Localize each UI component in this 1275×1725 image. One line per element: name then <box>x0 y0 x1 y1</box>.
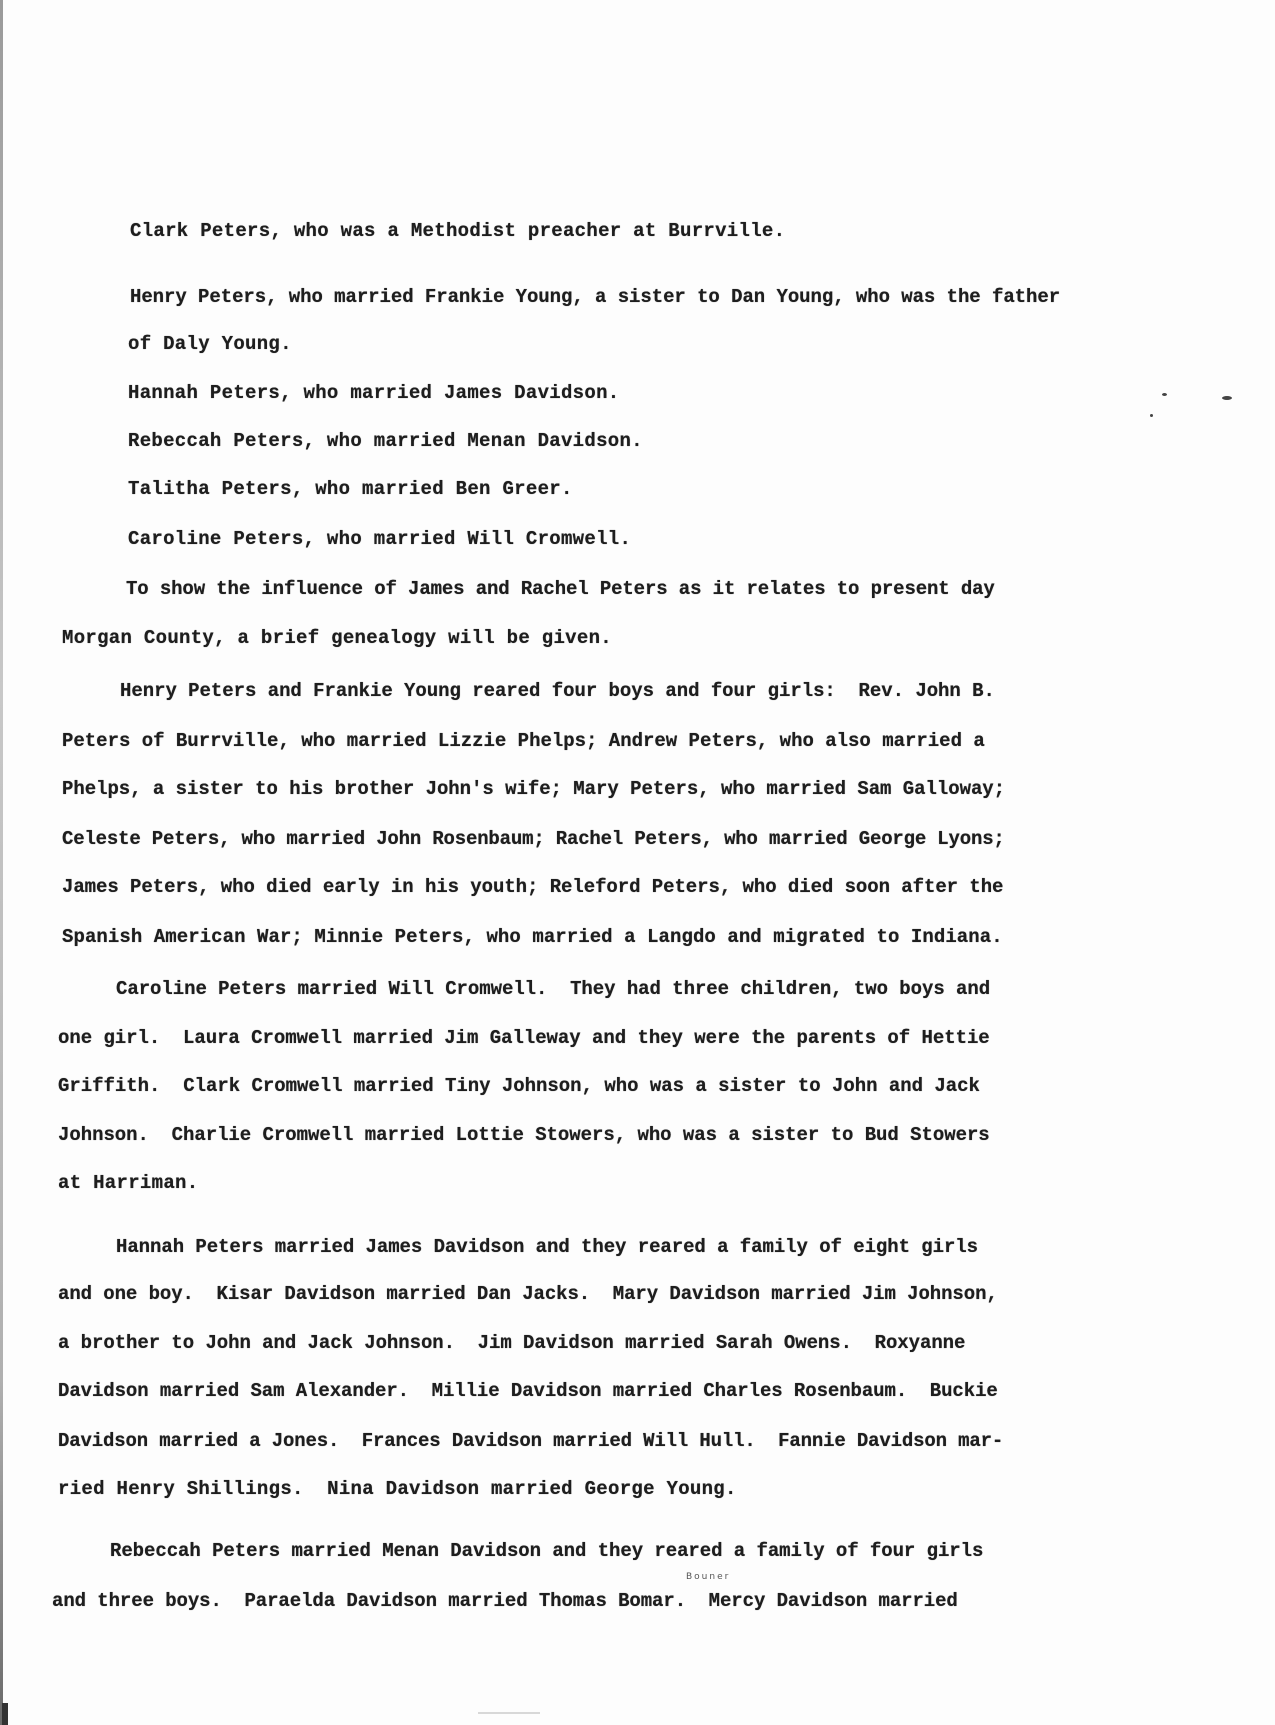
paragraph-rebeccah-davidson-cont: and three boys. Paraelda Davidson marrie… <box>52 1590 958 1612</box>
paragraph-caroline-cromwell-cont: at Harriman. <box>58 1172 198 1194</box>
paragraph-hannah-davidson-cont: Davidson married a Jones. Frances Davids… <box>58 1430 1003 1452</box>
paragraph-influence-cont: Morgan County, a brief genealogy will be… <box>62 627 612 649</box>
scan-speck <box>1222 396 1232 400</box>
list-item-hannah-peters: Hannah Peters, who married James Davidso… <box>128 382 619 404</box>
list-item-talitha-peters: Talitha Peters, who married Ben Greer. <box>128 478 573 500</box>
paragraph-rebeccah-davidson: Rebeccah Peters married Menan Davidson a… <box>110 1540 983 1562</box>
scan-edge-corner <box>2 1703 8 1725</box>
scan-speck <box>1162 393 1167 396</box>
list-item-caroline-peters: Caroline Peters, who married Will Cromwe… <box>128 528 631 550</box>
list-item-henry-peters-cont: of Daly Young. <box>128 333 292 355</box>
paragraph-hannah-davidson-cont: and one boy. Kisar Davidson married Dan … <box>58 1283 998 1305</box>
paragraph-hannah-davidson-cont: ried Henry Shillings. Nina Davidson marr… <box>58 1478 737 1500</box>
list-item-rebeccah-peters: Rebeccah Peters, who married Menan David… <box>128 430 643 452</box>
paragraph-caroline-cromwell: Caroline Peters married Will Cromwell. T… <box>116 978 990 1000</box>
document-page: Clark Peters, who was a Methodist preach… <box>0 0 1275 1725</box>
list-item-henry-peters: Henry Peters, who married Frankie Young,… <box>130 286 1060 308</box>
paragraph-hannah-davidson-cont: Davidson married Sam Alexander. Millie D… <box>58 1380 998 1402</box>
paragraph-caroline-cromwell-cont: Griffith. Clark Cromwell married Tiny Jo… <box>58 1075 980 1097</box>
paragraph-henry-frankie-cont: Celeste Peters, who married John Rosenba… <box>62 828 1005 850</box>
paragraph-hannah-davidson: Hannah Peters married James Davidson and… <box>116 1236 978 1258</box>
paragraph-caroline-cromwell-cont: Johnson. Charlie Cromwell married Lottie… <box>58 1124 990 1146</box>
paragraph-henry-frankie-cont: Phelps, a sister to his brother John's w… <box>62 778 1005 800</box>
paragraph-influence: To show the influence of James and Rache… <box>126 578 995 600</box>
paragraph-henry-frankie-cont: James Peters, who died early in his yout… <box>62 876 1003 898</box>
paragraph-henry-frankie: Henry Peters and Frankie Young reared fo… <box>120 680 995 702</box>
handwritten-annotation: Bouner <box>686 1572 730 1582</box>
scan-smudge <box>478 1712 540 1714</box>
paragraph-henry-frankie-cont: Spanish American War; Minnie Peters, who… <box>62 926 1003 948</box>
scan-speck <box>1150 414 1153 417</box>
paragraph-caroline-cromwell-cont: one girl. Laura Cromwell married Jim Gal… <box>58 1027 990 1049</box>
paragraph-hannah-davidson-cont: a brother to John and Jack Johnson. Jim … <box>58 1332 965 1354</box>
paragraph-henry-frankie-cont: Peters of Burrville, who married Lizzie … <box>62 730 985 752</box>
scan-edge-left <box>0 0 3 1725</box>
list-item-clark-peters: Clark Peters, who was a Methodist preach… <box>130 220 785 242</box>
